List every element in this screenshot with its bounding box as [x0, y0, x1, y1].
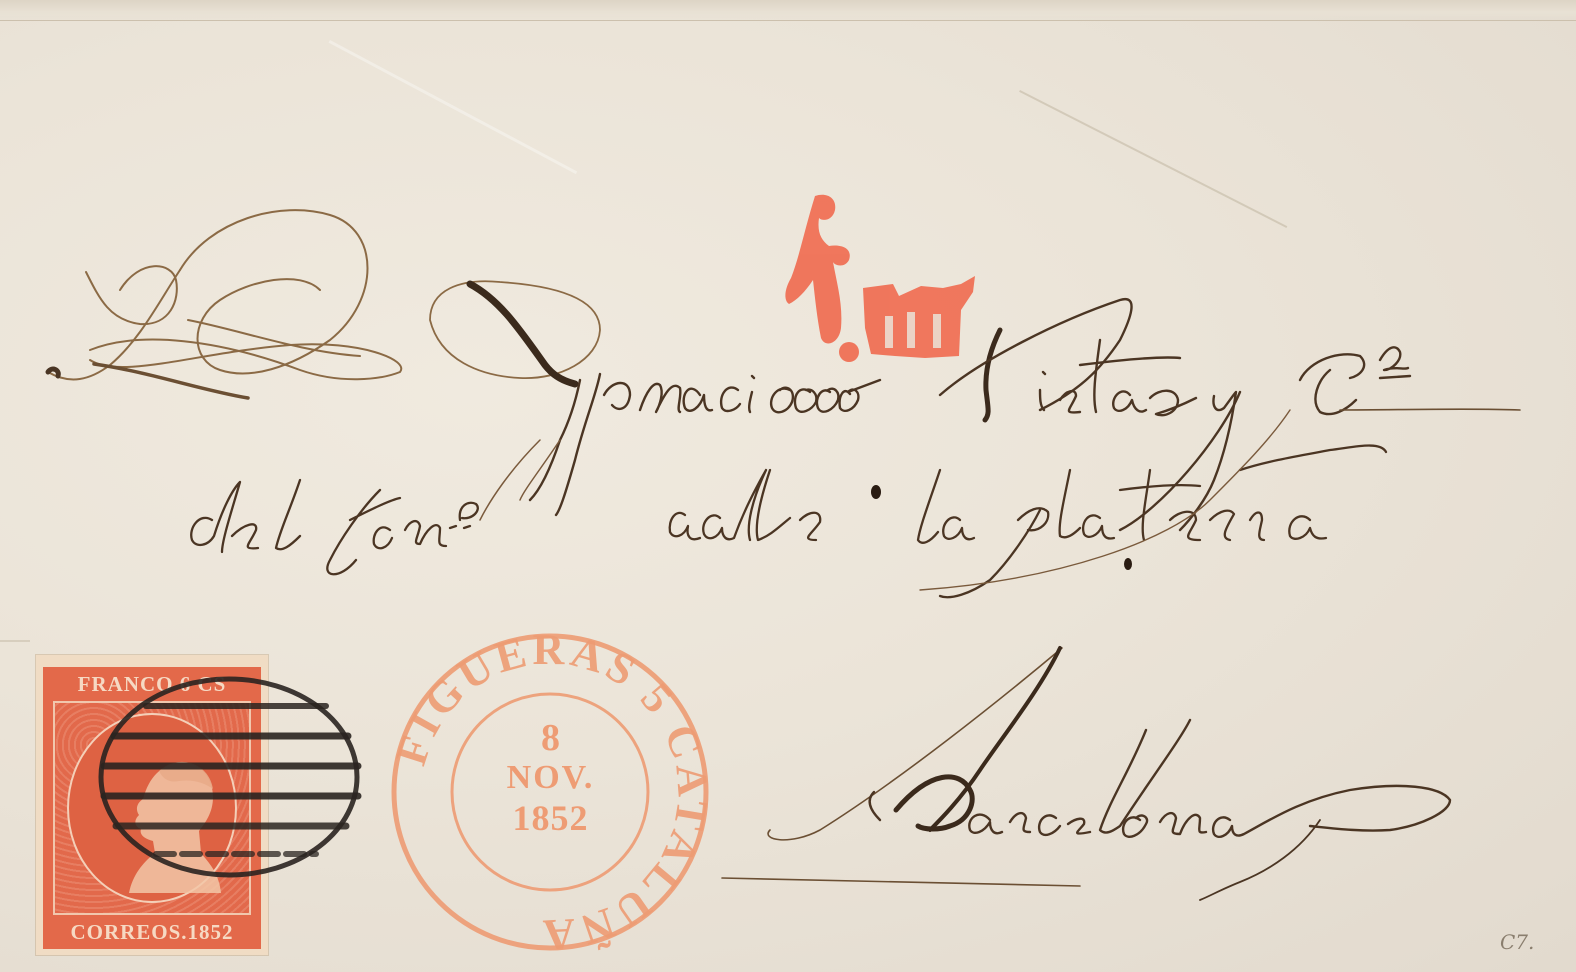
svg-text:FIGUERAS 5 CATALUÑA: FIGUERAS 5 CATALUÑA: [388, 630, 713, 955]
paper-crease: [1019, 90, 1287, 228]
docket-note: C7.: [1500, 930, 1534, 954]
handstamp-text: 6 ML: [775, 188, 778, 189]
rate-handstamp: 6 ML: [775, 188, 980, 368]
postmark-town-text: FIGUERAS 5 CATALUÑA: [388, 630, 713, 955]
envelope-fold: [0, 0, 1576, 21]
paper-crease: [329, 40, 578, 174]
postal-cover: 6 ML: [0, 0, 1576, 972]
paper-crease: [0, 640, 30, 642]
grid-cancel-mark: [96, 672, 362, 882]
date-postmark: FIGUERAS 5 CATALUÑA: [388, 630, 713, 955]
stamp-year-text: CORREOS.1852: [47, 919, 257, 945]
